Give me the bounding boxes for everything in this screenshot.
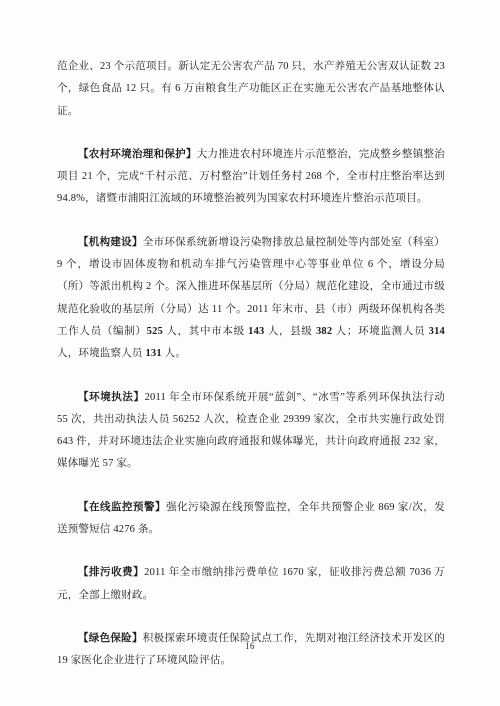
text-segment: 范企业、23 个示范项目。新认定无公害农产品 70 只，水产养殖无公害双认证数 … (57, 61, 445, 117)
bold-text-segment: 382 (316, 326, 332, 337)
bold-text-segment: 【在线监控预警】 (78, 502, 166, 513)
text-segment: 2011 年全市环保系统开展“蓝剑”、“冰雪”等系列环保执法行动 55 次，共出… (57, 392, 445, 470)
text-segment: 人，环境监察人员 (57, 348, 145, 359)
document-body: 范企业、23 个示范项目。新认定无公害农产品 70 只，水产养殖无公害双认证数 … (57, 56, 445, 694)
text-segment: 全市环保系统新增设污染物排放总量控制处等内部处室（科室）9 个，增设市固体废物和… (57, 237, 445, 337)
paragraph: 范企业、23 个示范项目。新认定无公害农产品 70 只，水产养殖无公害双认证数 … (57, 56, 445, 123)
page-number: 16 (0, 641, 500, 651)
text-segment: 人，县级 (264, 326, 315, 337)
paragraph: 【在线监控预警】强化污染源在线预警监控，全年共预警企业 869 家/次，发送预警… (57, 497, 445, 542)
text-segment: 人。 (162, 348, 186, 359)
bold-text-segment: 525 (147, 326, 163, 337)
bold-text-segment: 【农村环境治理和保护】 (78, 149, 197, 160)
text-segment: 人，其中市本级 (163, 326, 248, 337)
bold-text-segment: 【机构建设】 (78, 237, 143, 248)
bold-text-segment: 131 (145, 348, 161, 359)
bold-text-segment: 143 (248, 326, 264, 337)
paragraph: 【农村环境治理和保护】大力推进农村环境连片示范整治，完成整乡整镇整治项目 21 … (57, 144, 445, 211)
text-segment: 人；环境监测人员 (332, 326, 428, 337)
document-page: 范企业、23 个示范项目。新认定无公害农产品 70 只，水产养殖无公害双认证数 … (0, 0, 500, 706)
paragraph: 【机构建设】全市环保系统新增设污染物排放总量控制处等内部处室（科室）9 个，增设… (57, 232, 445, 366)
bold-text-segment: 【排污收费】 (78, 567, 144, 578)
paragraph: 【排污收费】2011 年全市缴纳排污费单位 1670 家，征收排污费总额 703… (57, 562, 445, 607)
bold-text-segment: 【环境执法】 (78, 392, 145, 403)
bold-text-segment: 314 (429, 326, 445, 337)
paragraph: 【环境执法】2011 年全市环保系统开展“蓝剑”、“冰雪”等系列环保执法行动 5… (57, 387, 445, 476)
